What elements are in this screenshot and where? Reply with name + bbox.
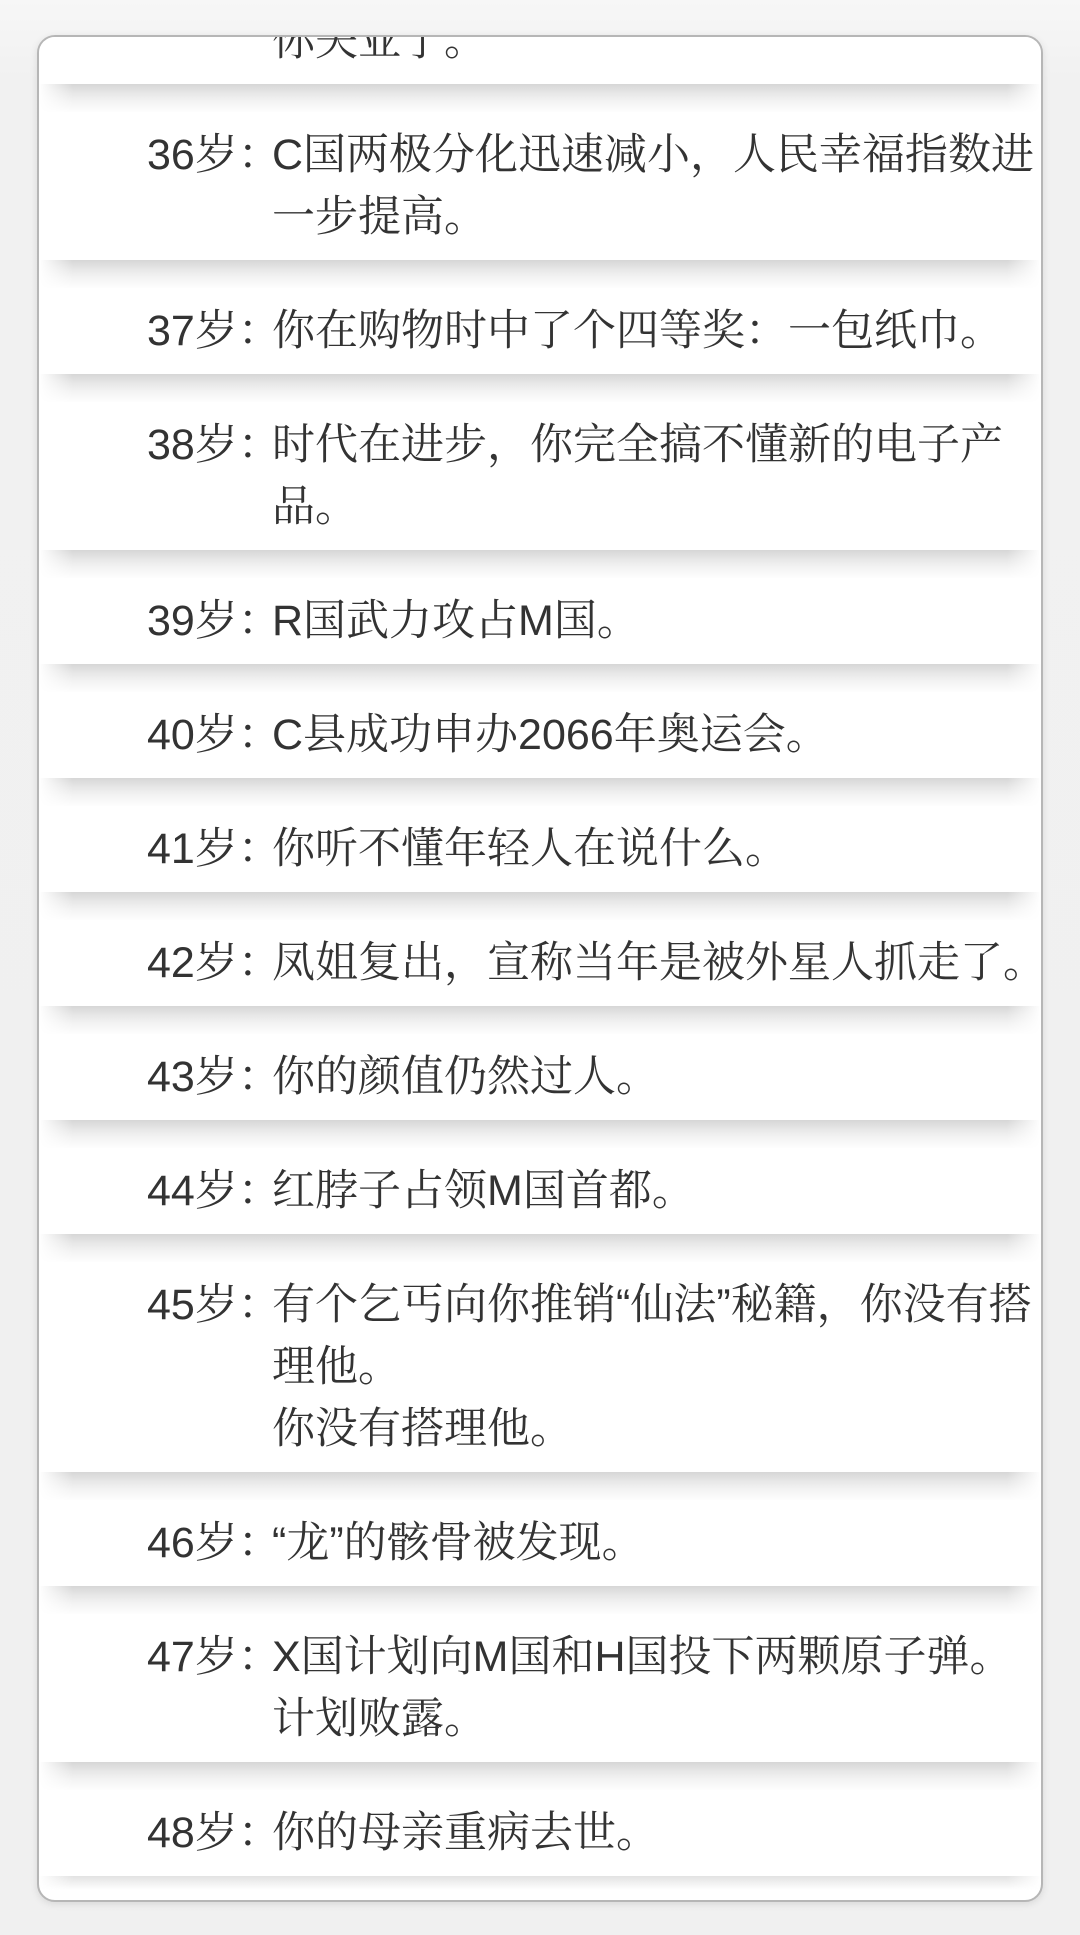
event-text: 时代在进步，你完全搞不懂新的电子产品。	[272, 414, 1025, 538]
row-separator	[39, 892, 1041, 920]
event-row: 43岁： 你的颜值仍然过人。	[39, 1034, 1041, 1120]
event-row: 48岁： 你的母亲重病去世。	[39, 1790, 1041, 1876]
life-events-panel[interactable]: 你失业了。 36岁： C国两极分化迅速减小，人民幸福指数进一步提高。 37岁： …	[37, 35, 1043, 1902]
event-text-line: 时代在进步，你完全搞不懂新的电子产	[272, 414, 1025, 476]
event-text: 有个乞丐向你推销“仙法”秘籍，你没有搭理他。你没有搭理他。	[272, 1274, 1025, 1460]
event-age-label: 47岁：	[147, 1626, 272, 1688]
event-age-label: 40岁：	[147, 704, 272, 766]
event-row: 37岁： 你在购物时中了个四等奖：一包纸巾。	[39, 288, 1041, 374]
list-end-shadow	[39, 1876, 1041, 1890]
event-text: 你失业了。	[272, 35, 1025, 72]
event-text: C县成功申办2066年奥运会。	[272, 704, 1025, 766]
event-text-line: 你的母亲重病去世。	[272, 1802, 1025, 1864]
row-separator	[39, 664, 1041, 692]
event-age-label: 44岁：	[147, 1160, 272, 1222]
event-row: 38岁： 时代在进步，你完全搞不懂新的电子产品。	[39, 402, 1041, 550]
event-text: 你的颜值仍然过人。	[272, 1046, 1025, 1108]
event-text: 凤姐复出，宣称当年是被外星人抓走了。	[272, 932, 1025, 994]
page-background: 你失业了。 36岁： C国两极分化迅速减小，人民幸福指数进一步提高。 37岁： …	[0, 0, 1080, 1935]
event-text-line: 你在购物时中了个四等奖：一包纸巾。	[272, 300, 1025, 362]
event-age-label: 37岁：	[147, 300, 272, 362]
event-text: 你听不懂年轻人在说什么。	[272, 818, 1025, 880]
event-text-line: 你没有搭理他。	[272, 1398, 1025, 1460]
row-separator	[39, 260, 1041, 288]
row-separator	[39, 1762, 1041, 1790]
row-separator	[39, 1006, 1041, 1034]
event-row: 41岁： 你听不懂年轻人在说什么。	[39, 806, 1041, 892]
event-text-line: 你的颜值仍然过人。	[272, 1046, 1025, 1108]
row-separator	[39, 1586, 1041, 1614]
event-row: 36岁： C国两极分化迅速减小，人民幸福指数进一步提高。	[39, 112, 1041, 260]
event-list: 36岁： C国两极分化迅速减小，人民幸福指数进一步提高。 37岁： 你在购物时中…	[39, 84, 1041, 1876]
event-age-label: 39岁：	[147, 590, 272, 652]
row-separator	[39, 84, 1041, 112]
event-row: 46岁： “龙”的骸骨被发现。	[39, 1500, 1041, 1586]
event-text-line: 理他。	[272, 1336, 1025, 1398]
row-separator	[39, 1472, 1041, 1500]
event-age-label: 46岁：	[147, 1512, 272, 1574]
event-row: 47岁： X国计划向M国和H国投下两颗原子弹。计划败露。	[39, 1614, 1041, 1762]
event-text-line: 计划败露。	[272, 1688, 1025, 1750]
event-text-line: R国武力攻占M国。	[272, 590, 1025, 652]
event-text-line: 有个乞丐向你推销“仙法”秘籍，你没有搭	[272, 1274, 1025, 1336]
event-text-line: 一步提高。	[272, 186, 1025, 248]
event-text: 你在购物时中了个四等奖：一包纸巾。	[272, 300, 1025, 362]
event-row: 45岁： 有个乞丐向你推销“仙法”秘籍，你没有搭理他。你没有搭理他。	[39, 1262, 1041, 1472]
row-separator	[39, 1120, 1041, 1148]
event-text: 红脖子占领M国首都。	[272, 1160, 1025, 1222]
event-row-clipped: 你失业了。	[39, 35, 1041, 84]
event-text-line: 红脖子占领M国首都。	[272, 1160, 1025, 1222]
event-text: R国武力攻占M国。	[272, 590, 1025, 652]
event-text-line: X国计划向M国和H国投下两颗原子弹。	[272, 1626, 1025, 1688]
row-separator	[39, 550, 1041, 578]
event-age-label: 38岁：	[147, 414, 272, 476]
event-text: 你的母亲重病去世。	[272, 1802, 1025, 1864]
event-age-label: 42岁：	[147, 932, 272, 994]
event-text-line: “龙”的骸骨被发现。	[272, 1512, 1025, 1574]
event-text: “龙”的骸骨被发现。	[272, 1512, 1025, 1574]
event-text-line: 你失业了。	[272, 35, 1025, 72]
event-age-label: 36岁：	[147, 124, 272, 186]
event-text-line: 品。	[272, 476, 1025, 538]
event-age-label: 45岁：	[147, 1274, 272, 1336]
event-text-line: C国两极分化迅速减小，人民幸福指数进	[272, 124, 1025, 186]
event-age-label: 48岁：	[147, 1802, 272, 1864]
row-separator	[39, 1234, 1041, 1262]
event-text: C国两极分化迅速减小，人民幸福指数进一步提高。	[272, 124, 1025, 248]
event-text: X国计划向M国和H国投下两颗原子弹。计划败露。	[272, 1626, 1025, 1750]
event-row: 39岁： R国武力攻占M国。	[39, 578, 1041, 664]
event-text-line: 你听不懂年轻人在说什么。	[272, 818, 1025, 880]
event-text-line: 凤姐复出，宣称当年是被外星人抓走了。	[272, 932, 1025, 994]
event-age-label: 43岁：	[147, 1046, 272, 1108]
event-age-label: 41岁：	[147, 818, 272, 880]
event-text-line: C县成功申办2066年奥运会。	[272, 704, 1025, 766]
event-row: 40岁： C县成功申办2066年奥运会。	[39, 692, 1041, 778]
event-row: 44岁： 红脖子占领M国首都。	[39, 1148, 1041, 1234]
row-separator	[39, 374, 1041, 402]
row-separator	[39, 778, 1041, 806]
event-row: 42岁： 凤姐复出，宣称当年是被外星人抓走了。	[39, 920, 1041, 1006]
